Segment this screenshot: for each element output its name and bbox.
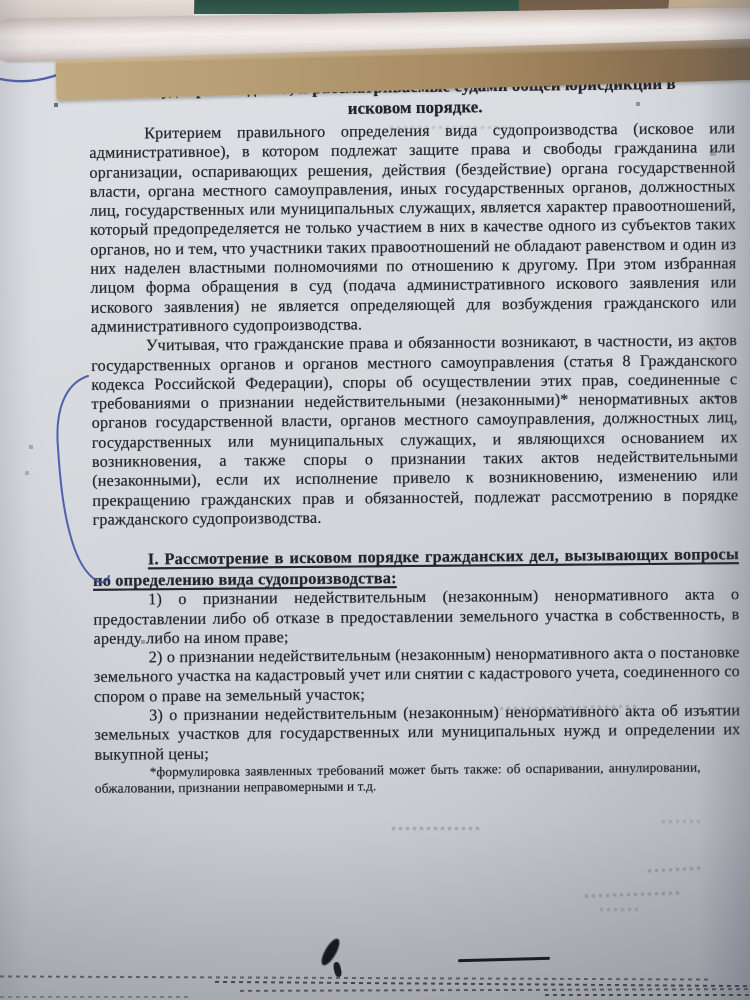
document-page: Критерием правильного определения вида с… <box>89 119 741 798</box>
perforation-marks-row5 <box>0 996 190 998</box>
pen-curve-mark <box>0 62 84 81</box>
ink-dash-line <box>458 957 550 962</box>
perforation-marks-row4 <box>545 994 750 996</box>
footnote: *формулировка заявленных требований може… <box>95 759 701 797</box>
paragraph-criteria: Критерием правильного определения вида с… <box>89 119 737 337</box>
beige-paper-corner <box>666 0 750 41</box>
faint-smudge-item3 <box>392 827 480 830</box>
paper-edge-top-left <box>0 0 194 34</box>
rolled-paper-edge <box>0 7 750 62</box>
perforation-marks-row1 <box>0 975 710 980</box>
faint-smudge-bottom-right <box>585 891 683 897</box>
section-heading: I. Рассмотрение в исковом порядке гражда… <box>93 543 739 591</box>
ink-smudge-small <box>333 961 343 977</box>
list-item-3: 3) о признании недействительным (незакон… <box>94 701 740 765</box>
perforation-marks-row2 <box>215 981 750 987</box>
adhesive-tape <box>0 18 750 65</box>
title-obscured-fragment: нию вида <box>613 52 686 74</box>
paragraph-civil-rights: Учитывая, что гражданские права и обязан… <box>91 331 739 530</box>
paper-specks <box>0 0 2 2</box>
list-item-2: 2) о признании недействительным (незакон… <box>94 643 740 707</box>
perforation-marks-row3 <box>240 988 750 992</box>
list-item-1: 1) о признании недействительным (незакон… <box>93 585 739 649</box>
teal-folder-edge <box>138 0 608 14</box>
document-title: нию вида судопроизводства, и рассматрива… <box>92 72 738 122</box>
faint-smudge-bottom-right2 <box>600 908 642 911</box>
faint-smudge-item3-right <box>662 820 702 823</box>
faint-smudge-footnote <box>648 867 703 873</box>
